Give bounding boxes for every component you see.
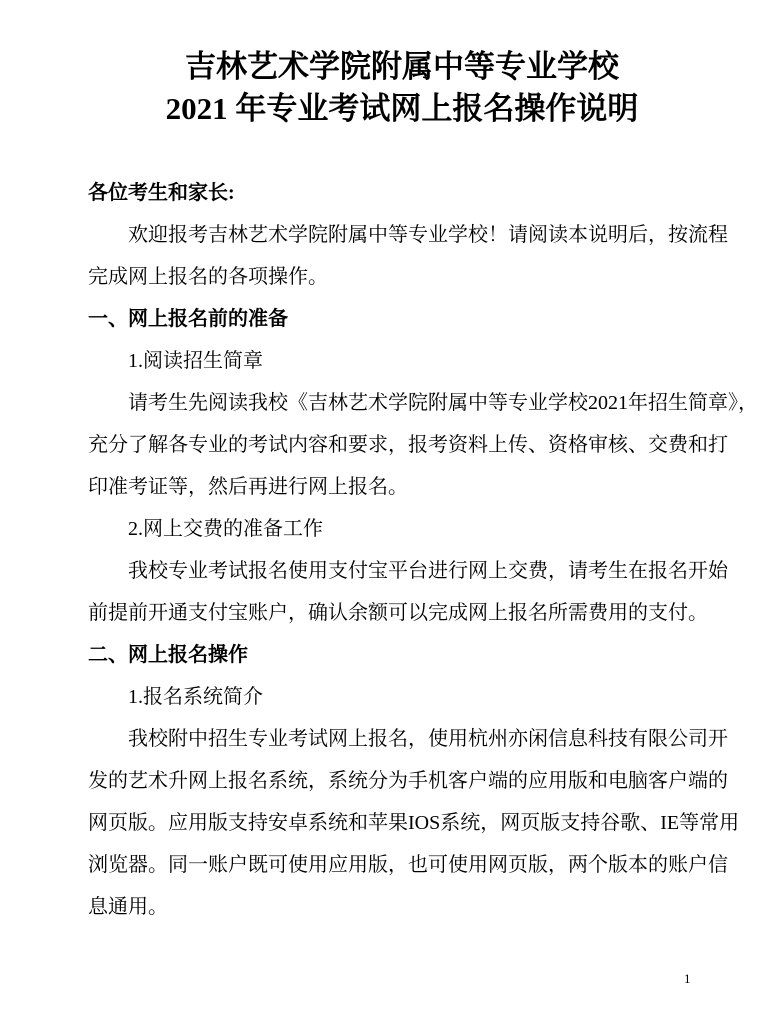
page-number: 1 [684, 969, 691, 989]
section1-item1-line: 印准考证等，然后再进行网上报名。 [88, 466, 716, 508]
section2-item1-line: 网页版。应用版支持安卓系统和苹果IOS系统，网页版支持谷歌、IE等常用 [88, 802, 716, 844]
document-title-line1: 吉林艺术学院附属中等专业学校 [88, 46, 716, 88]
section2-item1-line: 发的艺术升网上报名系统，系统分为手机客户端的应用版和电脑客户端的 [88, 760, 716, 802]
document-title-line2: 2021 年专业考试网上报名操作说明 [88, 88, 716, 130]
section2-item1-line: 我校附中招生专业考试网上报名，使用杭州亦闲信息科技有限公司开 [88, 718, 716, 760]
section2-heading: 二、网上报名操作 [88, 634, 716, 676]
section2-item1-line: 浏览器。同一账户既可使用应用版，也可使用网页版，两个版本的账户信 [88, 844, 716, 886]
intro-line: 欢迎报考吉林艺术学院附属中等专业学校！请阅读本说明后，按流程 [88, 214, 716, 256]
document-content: 吉林艺术学院附属中等专业学校 2021 年专业考试网上报名操作说明 各位考生和家… [88, 46, 716, 928]
section1-item1-line: 请考生先阅读我校《吉林艺术学院附属中等专业学校2021年招生简章》， [88, 382, 716, 424]
section1-item1-line: 充分了解各专业的考试内容和要求，报考资料上传、资格审核、交费和打 [88, 424, 716, 466]
section1-item2-title: 2.网上交费的准备工作 [88, 508, 716, 550]
salutation: 各位考生和家长: [88, 172, 716, 214]
section1-item2-line: 我校专业考试报名使用支付宝平台进行网上交费，请考生在报名开始 [88, 550, 716, 592]
document-page: 吉林艺术学院附属中等专业学校 2021 年专业考试网上报名操作说明 各位考生和家… [0, 0, 783, 1015]
section1-item1-title: 1.阅读招生简章 [88, 340, 716, 382]
section2-item1-line: 息通用。 [88, 886, 716, 928]
section2-item1-title: 1.报名系统简介 [88, 676, 716, 718]
section1-heading: 一、网上报名前的准备 [88, 298, 716, 340]
section1-item2-line: 前提前开通支付宝账户，确认余额可以完成网上报名所需费用的支付。 [88, 592, 716, 634]
intro-line: 完成网上报名的各项操作。 [88, 256, 716, 298]
blank-line [88, 130, 716, 172]
